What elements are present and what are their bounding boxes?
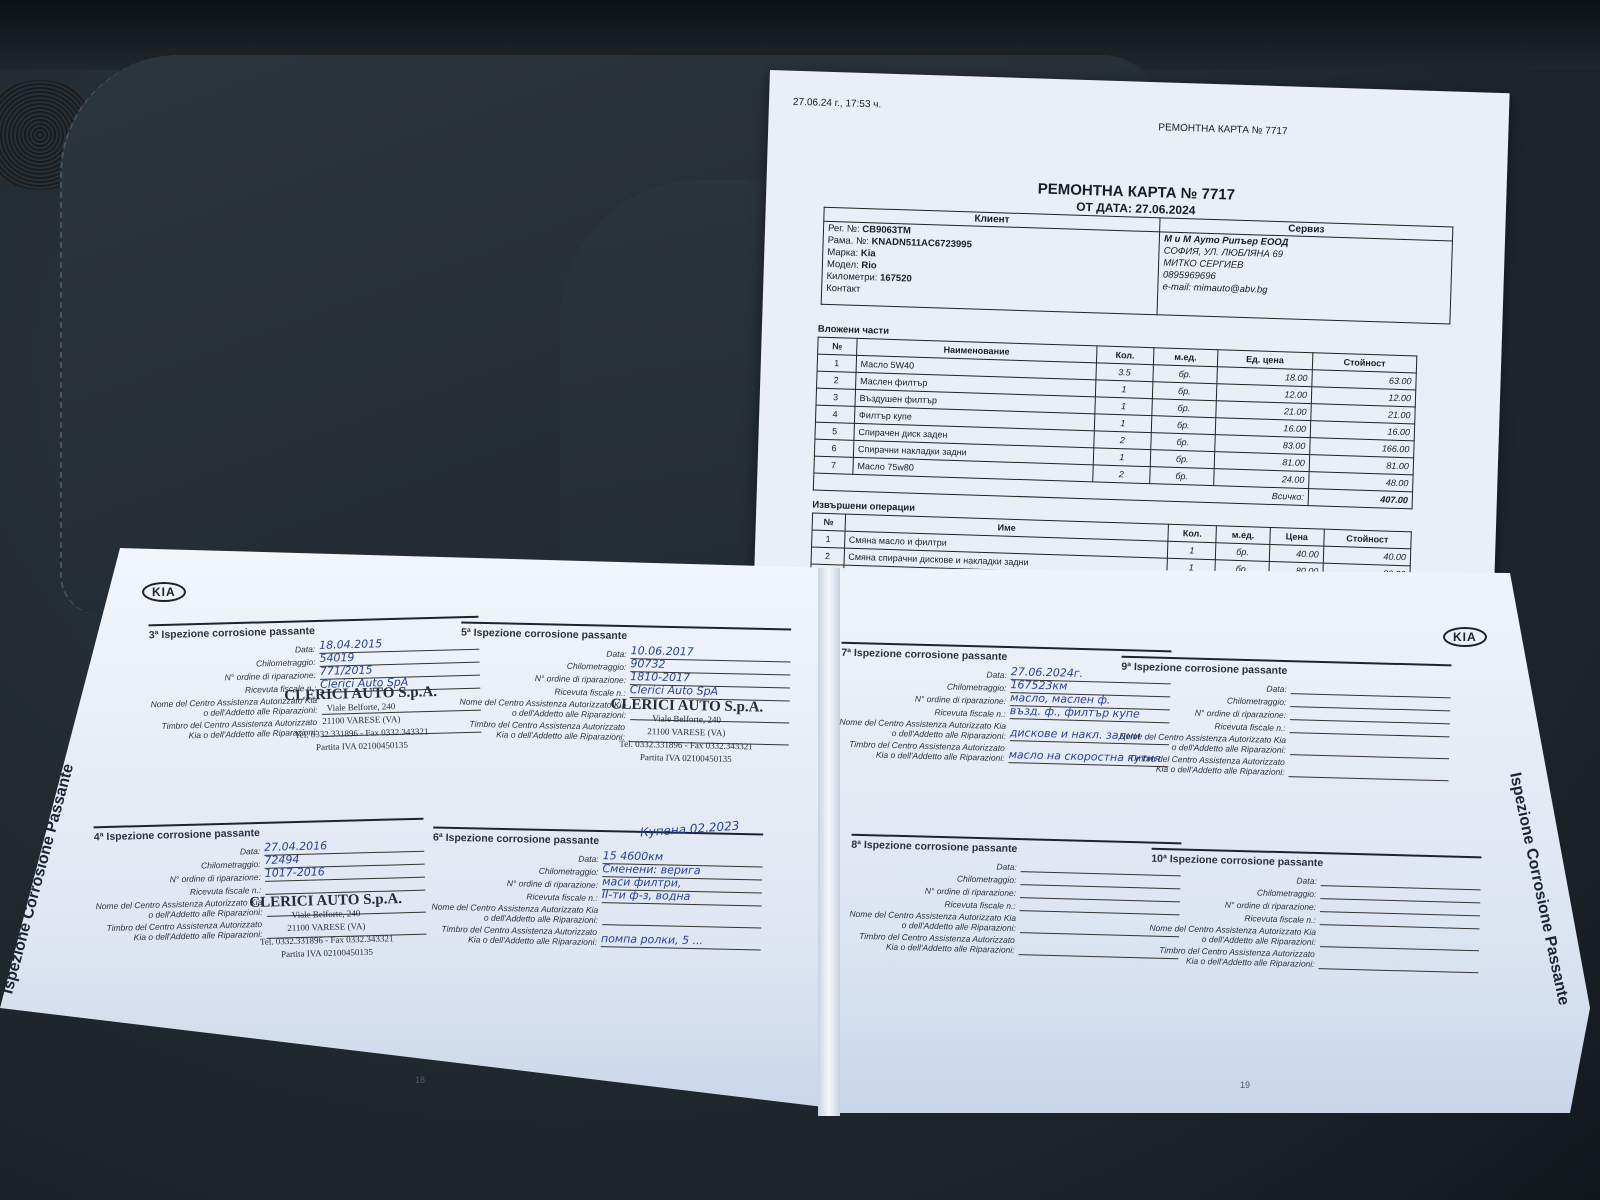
field-label: Chilometraggio: — [256, 657, 316, 669]
column-header: № — [812, 513, 845, 531]
cell-no: 1 — [817, 354, 856, 372]
cell-qty: 1 — [1095, 380, 1153, 399]
cell-no: 4 — [815, 405, 854, 423]
cell-unit: бр. — [1215, 543, 1269, 562]
field-label: Data: — [1296, 876, 1317, 887]
field-label: Chilometraggio: — [957, 873, 1017, 885]
field-label: Chilometraggio: — [947, 681, 1007, 693]
field-label: Data: — [996, 862, 1017, 873]
total-value: 407.00 — [1308, 489, 1413, 509]
cell-qty: 1 — [1094, 414, 1152, 433]
field-label: Timbro del Centro Assistenza Autorizzato… — [859, 931, 1015, 955]
page-number-left: 18 — [415, 1075, 425, 1085]
cell-qty: 1 — [1093, 448, 1151, 467]
cell-price: 40.00 — [1269, 544, 1323, 563]
inspection-block: 8ª Ispezione corrosione passanteData:Chi… — [849, 834, 1182, 960]
column-header: м.ед. — [1216, 526, 1270, 545]
dealer-stamp: CLERICI AUTO S.p.A.Viale Belforte, 24021… — [249, 893, 403, 962]
client-service-table: Клиент Сервиз Рег. №: CB9063TM Рама. №: … — [821, 207, 1454, 325]
cell-unit: бр. — [1152, 382, 1216, 401]
page-number-right: 19 — [1240, 1080, 1250, 1090]
cell-unit: бр. — [1153, 365, 1217, 384]
parts-section-label: Вложени части — [818, 324, 889, 337]
field-label: Data: — [578, 854, 599, 864]
cell-no: 7 — [814, 456, 853, 474]
booklet-spine — [818, 568, 840, 1116]
cell-unit: бр. — [1152, 399, 1216, 418]
field-label: Timbro del Centro Assistenza Autorizzato… — [1159, 945, 1315, 969]
field-label: Chilometraggio: — [567, 661, 627, 672]
service-info: М и М Ауто Рипъер ЕООД СОФИЯ, УЛ. ЛЮБЛЯН… — [1157, 232, 1452, 324]
printed-timestamp: 27.06.24 г., 17:53 ч. — [793, 97, 882, 111]
kia-logo-left: KIA — [142, 582, 186, 602]
field-label: Ricevuta fiscale n.: — [1244, 913, 1316, 925]
reg-number: CB9063TM — [862, 224, 911, 237]
mileage: 167520 — [880, 273, 912, 285]
cell-unit: бр. — [1150, 467, 1214, 486]
repair-card: 27.06.24 г., 17:53 ч. РЕМОНТНА КАРТА № 7… — [753, 70, 1510, 633]
column-header: Кол. — [1168, 524, 1216, 542]
field-label: N° ordine di riparazione: — [535, 673, 626, 685]
cell-qty: 3.5 — [1096, 363, 1154, 382]
cell-no: 5 — [815, 422, 854, 440]
kia-logo-right: KIA — [1443, 627, 1487, 647]
cell-unit: бр. — [1150, 450, 1214, 469]
field-label: Ricevuta fiscale n.: — [1214, 721, 1286, 733]
cell-no: 6 — [814, 439, 853, 457]
field-label: Chilometraggio: — [1227, 695, 1287, 707]
field-label: Data: — [240, 846, 261, 857]
cell-qty: 2 — [1093, 465, 1151, 484]
inspection-block: 10ª Ispezione corrosione passanteData:Ch… — [1149, 848, 1482, 974]
cell-no: 2 — [817, 371, 856, 389]
field-label: N° ordine di riparazione: — [507, 878, 598, 890]
cell-unit: бр. — [1151, 433, 1215, 452]
column-header: Цена — [1270, 527, 1324, 546]
header-right: РЕМОНТНА КАРТА № 7717 — [1158, 122, 1287, 137]
cell-unit: бр. — [1151, 416, 1215, 435]
column-header: № — [818, 337, 857, 355]
inspection-block: 9ª Ispezione corrosione passanteData:Chi… — [1119, 656, 1452, 782]
operations-section-label: Извършени операции — [812, 500, 915, 514]
column-header: м.ед. — [1153, 348, 1217, 367]
field-label: Chilometraggio: — [201, 859, 261, 871]
field-label: Data: — [1266, 684, 1287, 695]
field-label: Timbro del Centro Assistenza Autorizzato… — [849, 739, 1005, 763]
vin: KNADN511AC6723995 — [871, 236, 972, 250]
field-label: Timbro del Centro Assistenza Autorizzato… — [106, 919, 262, 943]
dealer-stamp: CLERICI AUTO S.p.A.Viale Belforte, 24021… — [284, 686, 438, 755]
cell-qty: 2 — [1094, 431, 1152, 450]
field-label: Chilometraggio: — [1257, 887, 1317, 899]
field-label: Data: — [295, 644, 316, 655]
field-label: Data: — [606, 649, 627, 659]
client-info: Рег. №: CB9063TM Рама. №: KNADN511AC6723… — [821, 221, 1160, 315]
field-label: Data: — [986, 670, 1007, 681]
field-label: Timbro del Centro Assistenza Autorizzato… — [1129, 753, 1285, 777]
field-label: Ricevuta fiscale n.: — [944, 899, 1016, 911]
field-label: Ricevuta fiscale n.: — [526, 892, 598, 903]
field-label: Nome del Centro Assistenza Autorizzato K… — [459, 697, 626, 720]
field-label: Timbro del Centro Assistenza Autorizzato… — [441, 924, 597, 947]
inspection-block: 6ª Ispezione corrosione passanteData:15 … — [431, 827, 763, 951]
field-label: Nome del Centro Assistenza Autorizzato K… — [431, 902, 598, 925]
make: Kia — [861, 248, 876, 259]
cell-qty: 1 — [1168, 541, 1216, 559]
cell-qty: 1 — [1095, 397, 1153, 416]
column-header: Кол. — [1096, 346, 1154, 365]
field-label: Timbro del Centro Assistenza Autorizzato… — [469, 719, 625, 742]
parts-table: №НаименованиеКол.м.ед.Ед. ценаСтойност 1… — [813, 337, 1418, 510]
model: Rio — [861, 260, 877, 271]
cell-no: 1 — [812, 530, 845, 548]
cell-no: 3 — [816, 388, 855, 406]
field-label: Chilometraggio: — [539, 866, 599, 877]
field-label: Ricevuta fiscale n.: — [934, 707, 1006, 719]
dealer-stamp: CLERICI AUTO S.p.A.Viale Belforte, 24021… — [609, 698, 763, 766]
cell-no: 2 — [811, 547, 844, 565]
